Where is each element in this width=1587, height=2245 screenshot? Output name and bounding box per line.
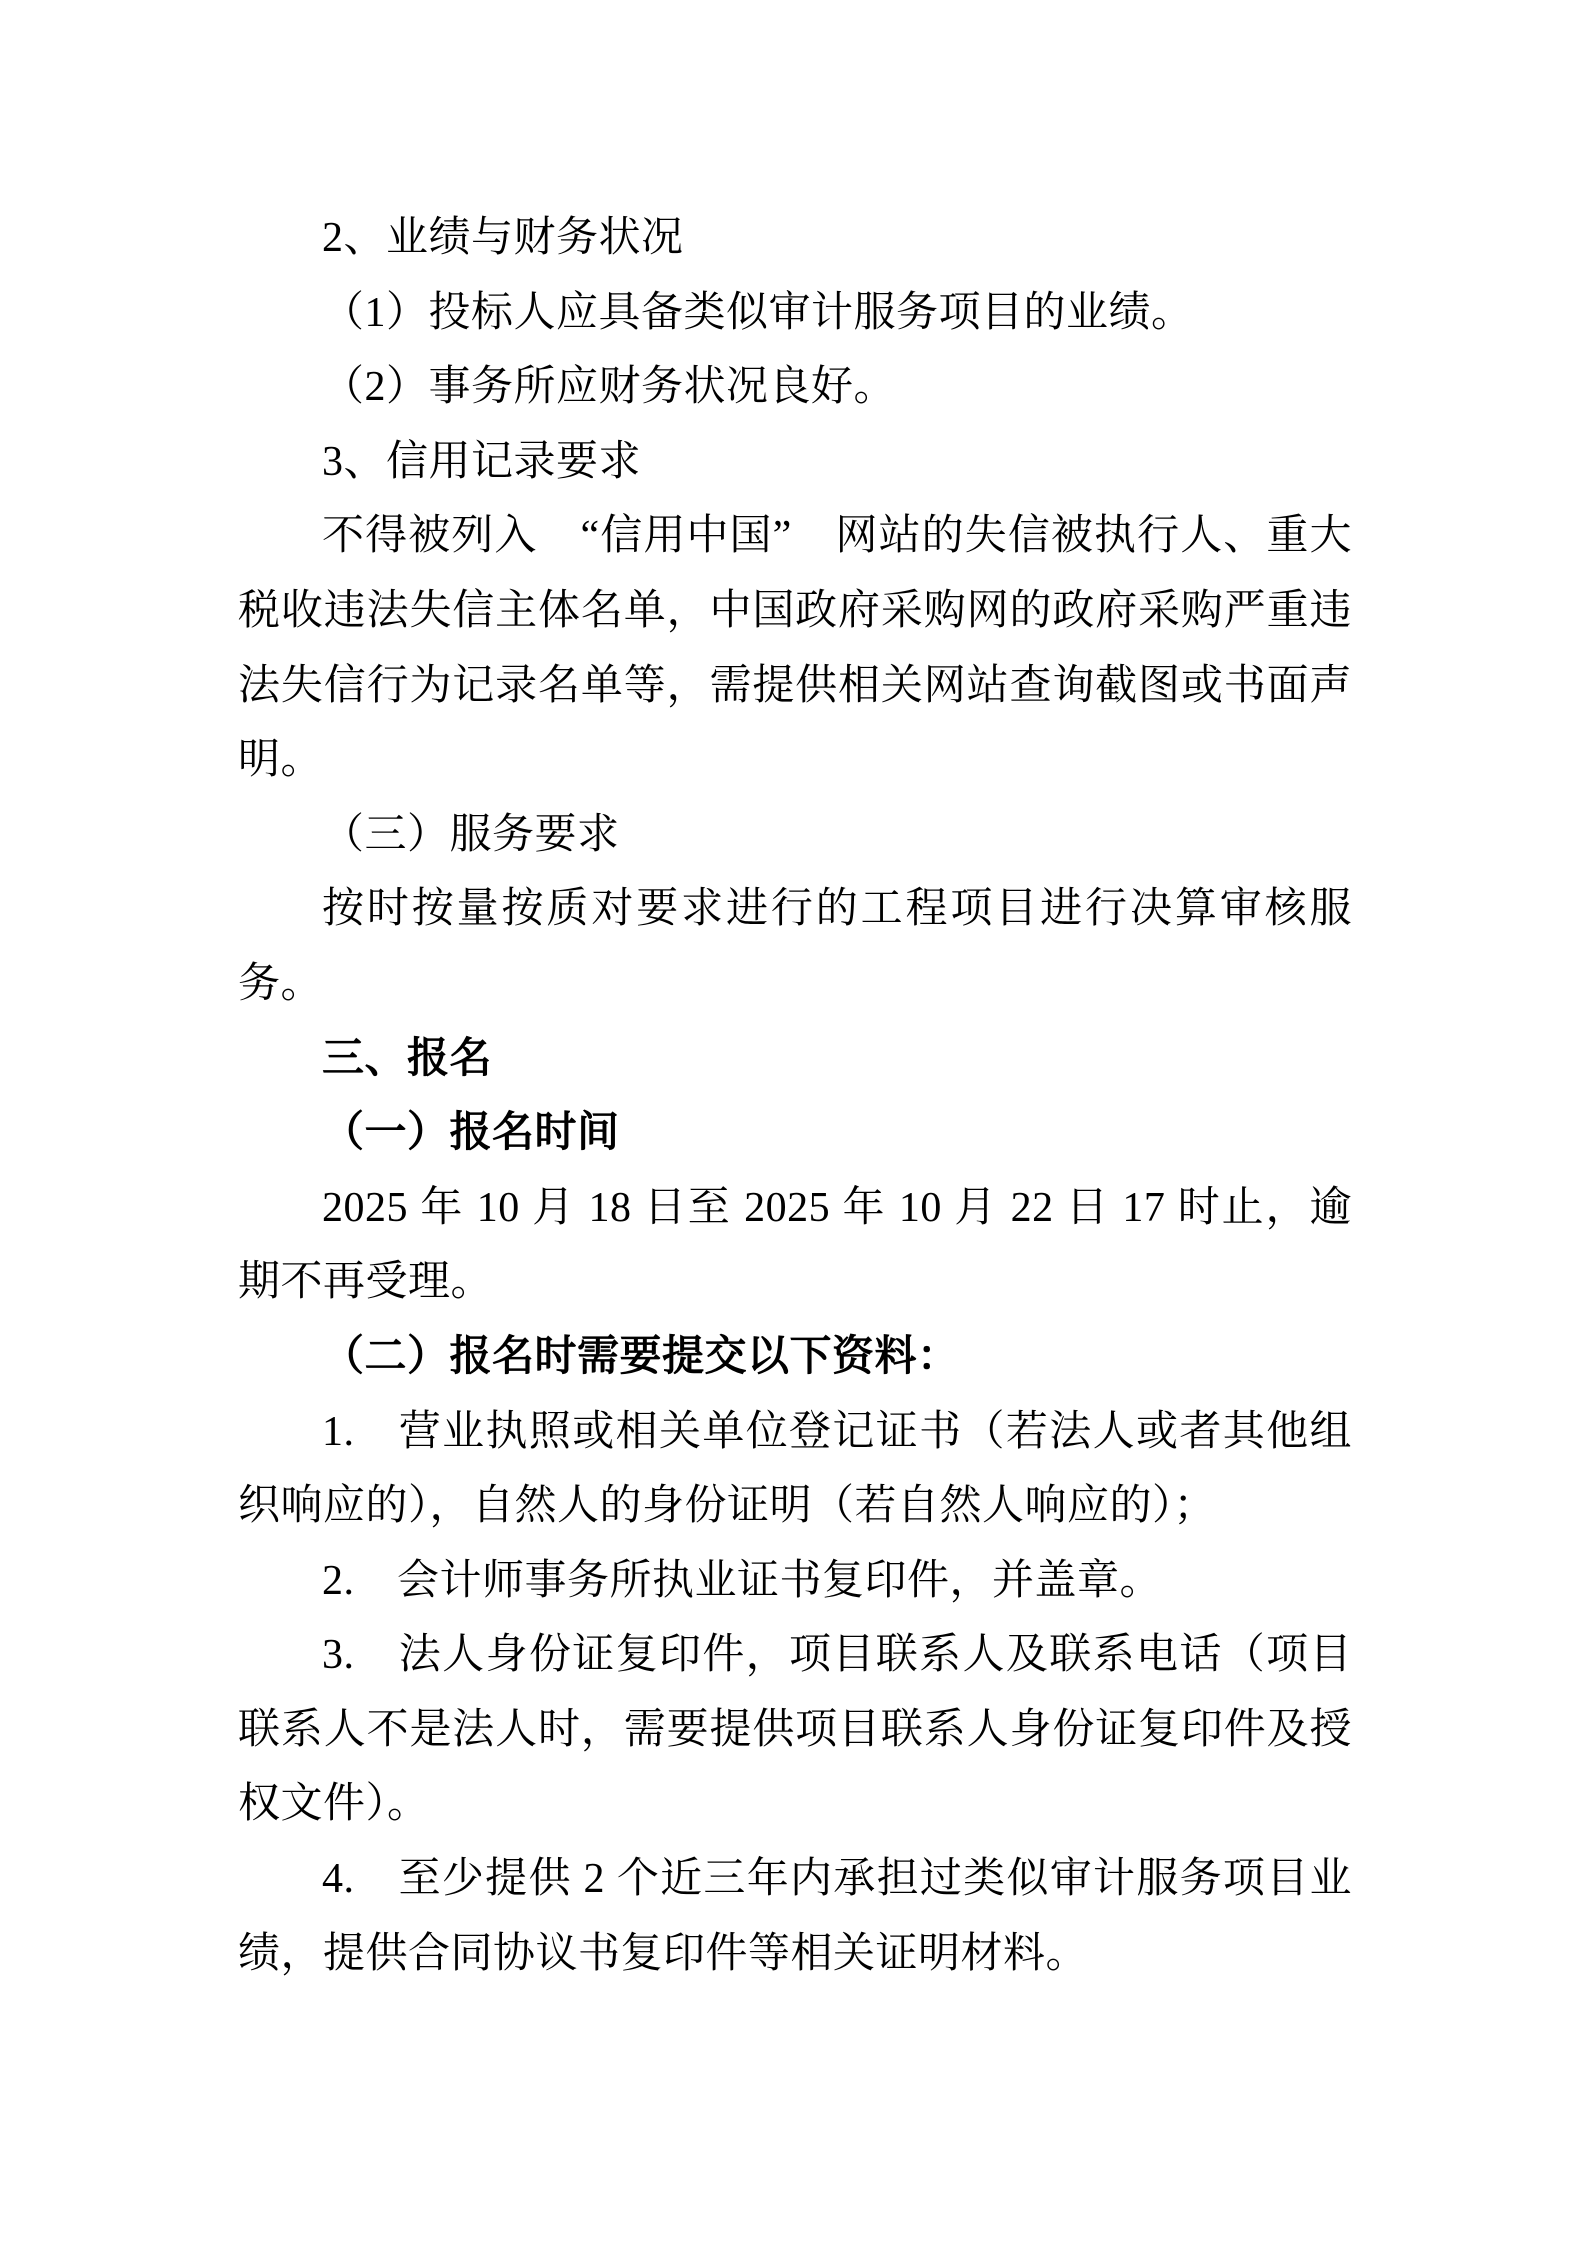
paragraph: （一）报名时间 (238, 1096, 1352, 1171)
paragraph: （2）事务所应财务状况良好。 (238, 350, 1352, 425)
document-text-block: 2、业绩与财务状况（1）投标人应具备类似审计服务项目的业绩。（2）事务所应财务状… (238, 201, 1352, 1991)
paragraph: 3、信用记录要求 (238, 425, 1352, 500)
paragraph: 2025 年 10 月 18 日至 2025 年 10 月 22 日 17 时止… (238, 1171, 1352, 1320)
paragraph: 不得被列入 “信用中国” 网站的失信被执行人、重大税收违法失信主体名单，中国政府… (238, 499, 1352, 797)
paragraph: 按时按量按质对要求进行的工程项目进行决算审核服务。 (238, 872, 1352, 1021)
paragraph: （1）投标人应具备类似审计服务项目的业绩。 (238, 276, 1352, 351)
paragraph: （二）报名时需要提交以下资料： (238, 1320, 1352, 1395)
paragraph: 4. 至少提供 2 个近三年内承担过类似审计服务项目业绩，提供合同协议书复印件等… (238, 1842, 1352, 1991)
paragraph: 2. 会计师事务所执业证书复印件，并盖章。 (238, 1544, 1352, 1619)
paragraph: 1. 营业执照或相关单位登记证书（若法人或者其他组织响应的），自然人的身份证明（… (238, 1395, 1352, 1544)
paragraph: 三、报名 (238, 1022, 1352, 1097)
paragraph: 3. 法人身份证复印件，项目联系人及联系电话（项目联系人不是法人时，需要提供项目… (238, 1618, 1352, 1842)
paragraph: （三）服务要求 (238, 798, 1352, 873)
paragraph: 2、业绩与财务状况 (238, 201, 1352, 276)
document-page: 2、业绩与财务状况（1）投标人应具备类似审计服务项目的业绩。（2）事务所应财务状… (0, 0, 1587, 2245)
